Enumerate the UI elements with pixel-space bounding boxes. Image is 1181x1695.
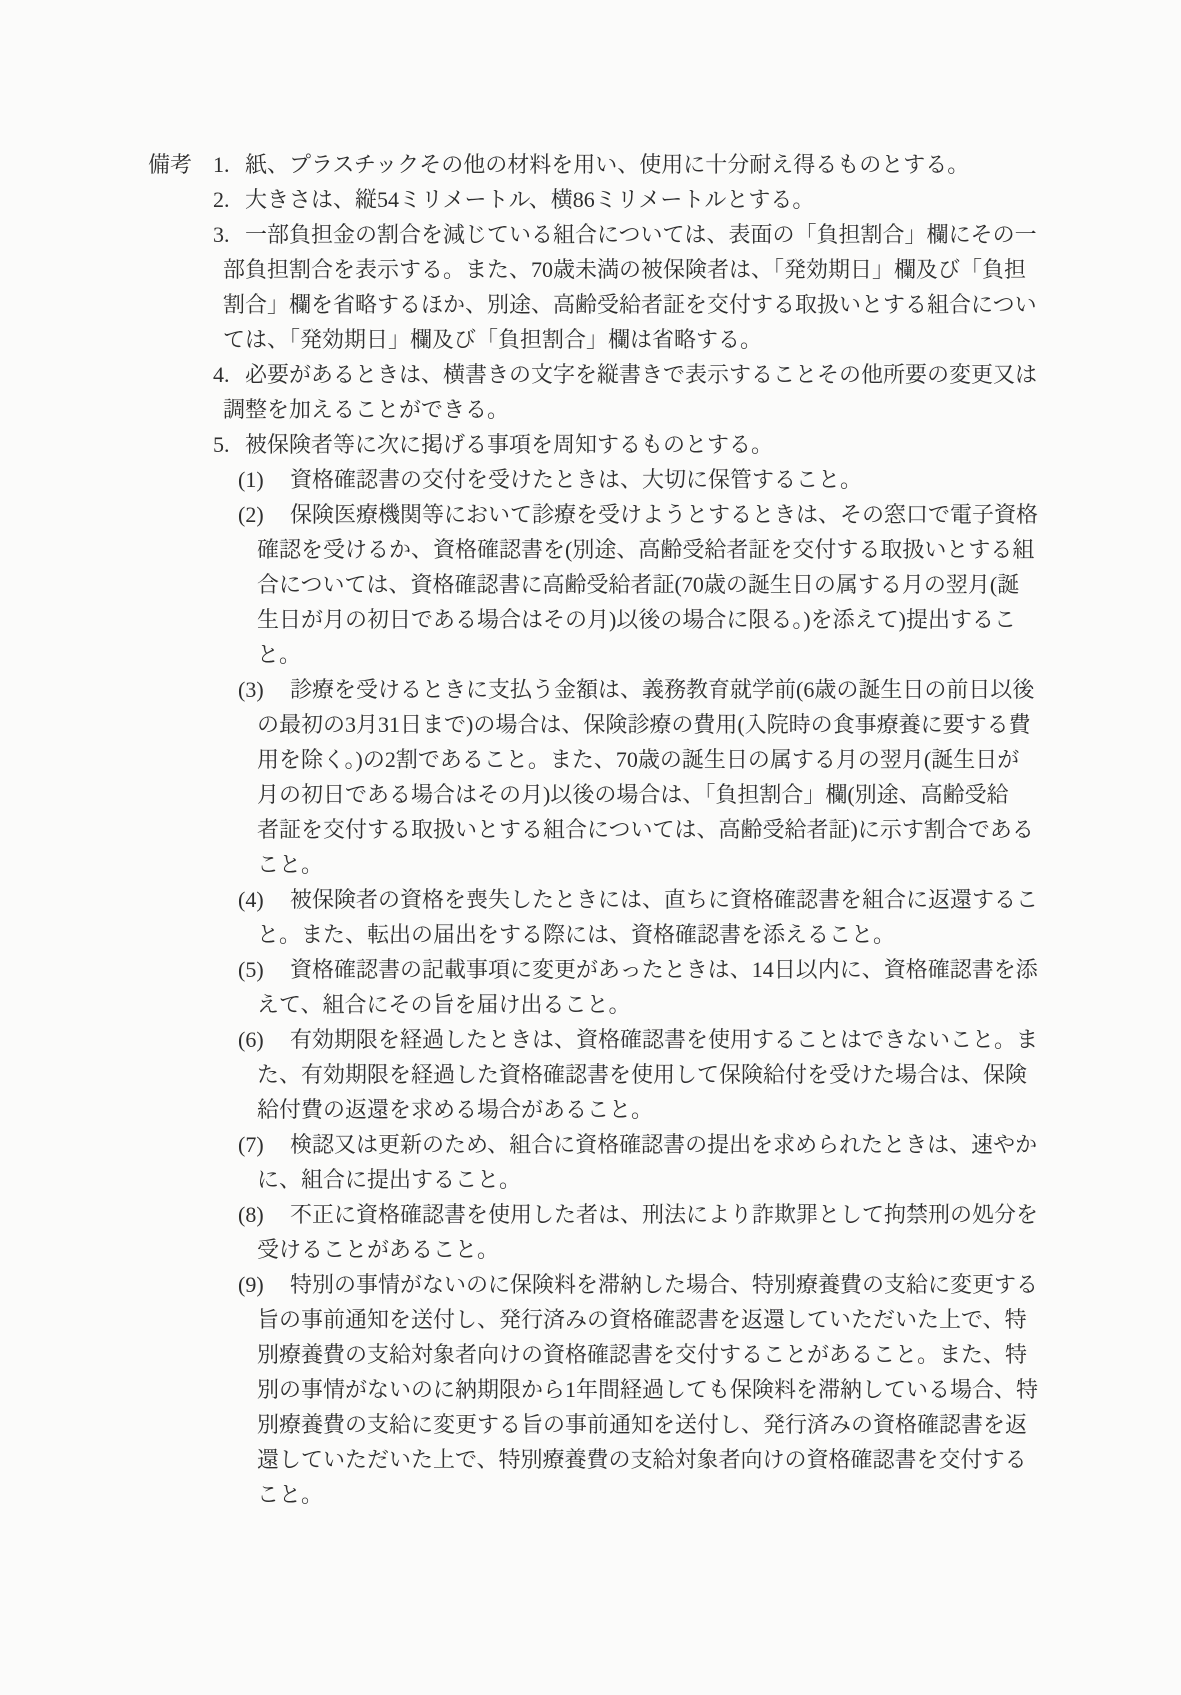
document-line-subitem-3-cont3: 月の初日である場合はその月)以後の場合は、「負担割合」欄(別途、高齢受給 xyxy=(257,777,1181,812)
document-line-item-3-cont3: ては、「発効期日」欄及び「負担割合」欄は省略する。 xyxy=(223,322,1181,357)
document-line-subitem-7: (7)検認又は更新のため、組合に資格確認書の提出を求められたときは、速やか xyxy=(238,1127,1181,1162)
document-line-subitem-3: (3)診療を受けるときに支払う金額は、義務教育就学前(6歳の誕生日の前日以後 xyxy=(238,672,1181,707)
document-line-item-3: 3.一部負担金の割合を減じている組合については、表面の「負担割合」欄にその一 xyxy=(213,217,1181,252)
document-line-subitem-8-cont1: 受けることがあること。 xyxy=(257,1232,1181,1267)
document-line-subitem-3-cont1: の最初の3月31日まで)の場合は、保険診療の費用(入院時の食事療養に要する費 xyxy=(257,707,1181,742)
item-marker: (4) xyxy=(238,882,290,917)
document-line-subitem-8: (8)不正に資格確認書を使用した者は、刑法により詐欺罪として拘禁刑の処分を xyxy=(238,1197,1181,1232)
item-marker: (9) xyxy=(238,1267,290,1302)
document-line-subitem-9-cont1: 旨の事前通知を送付し、発行済みの資格確認書を返還していただいた上で、特 xyxy=(257,1302,1181,1337)
item-marker: 5. xyxy=(213,427,245,462)
document-line-subitem-5: (5)資格確認書の記載事項に変更があったときは、14日以内に、資格確認書を添 xyxy=(238,952,1181,987)
document-line-subitem-9-cont2: 別療養費の支給対象者向けの資格確認書を交付することがあること。また、特 xyxy=(257,1337,1181,1372)
document-line-subitem-3-cont5: こと。 xyxy=(257,847,1181,882)
item-marker: 3. xyxy=(213,217,245,252)
item-marker: 4. xyxy=(213,357,245,392)
document-line-item-4-cont1: 調整を加えることができる。 xyxy=(223,392,1181,427)
document-line-subitem-6-cont2: 給付費の返還を求める場合があること。 xyxy=(257,1092,1181,1127)
document-line-subitem-7-cont1: に、組合に提出すること。 xyxy=(257,1162,1181,1197)
document-line-subitem-2-cont1: 確認を受けるか、資格確認書を(別途、高齢受給者証を交付する取扱いとする組 xyxy=(257,532,1181,567)
document-line-subitem-3-cont2: 用を除く。)の2割であること。また、70歳の誕生日の属する月の翌月(誕生日が xyxy=(257,742,1181,777)
document-line-item-2: 2.大きさは、縦54ミリメートル、横86ミリメートルとする。 xyxy=(213,182,1181,217)
item-marker: (6) xyxy=(238,1022,290,1057)
document-line-subitem-4-cont1: と。また、転出の届出をする際には、資格確認書を添えること。 xyxy=(257,917,1181,952)
document-line-subitem-4: (4)被保険者の資格を喪失したときには、直ちに資格確認書を組合に返還するこ xyxy=(238,882,1181,917)
document-line-subitem-9-cont3: 別の事情がないのに納期限から1年間経過しても保険料を滞納している場合、特 xyxy=(257,1372,1181,1407)
document-page: 備考 1.紙、プラスチックその他の材料を用い、使用に十分耐え得るものとする。2.… xyxy=(0,0,1181,1695)
document-line-subitem-9-cont6: こと。 xyxy=(257,1477,1181,1512)
document-line-item-1: 1.紙、プラスチックその他の材料を用い、使用に十分耐え得るものとする。 xyxy=(213,147,1181,182)
document-line-subitem-9-cont4: 別療養費の支給に変更する旨の事前通知を送付し、発行済みの資格確認書を返 xyxy=(257,1407,1181,1442)
item-marker: (8) xyxy=(238,1197,290,1232)
item-marker: 2. xyxy=(213,182,245,217)
document-body: 1.紙、プラスチックその他の材料を用い、使用に十分耐え得るものとする。2.大きさ… xyxy=(0,147,1181,1512)
document-line-subitem-6: (6)有効期限を経過したときは、資格確認書を使用することはできないこと。ま xyxy=(238,1022,1181,1057)
document-line-subitem-3-cont4: 者証を交付する取扱いとする組合については、高齢受給者証)に示す割合である xyxy=(257,812,1181,847)
document-line-subitem-9: (9)特別の事情がないのに保険料を滞納した場合、特別療養費の支給に変更する xyxy=(238,1267,1181,1302)
document-line-item-3-cont1: 部負担割合を表示する。また、70歳未満の被保険者は、「発効期日」欄及び「負担 xyxy=(223,252,1181,287)
item-marker: (7) xyxy=(238,1127,290,1162)
document-line-subitem-2-cont3: 生日が月の初日である場合はその月)以後の場合に限る。)を添えて)提出するこ xyxy=(257,602,1181,637)
document-line-item-3-cont2: 割合」欄を省略するほか、別途、高齢受給者証を交付する取扱いとする組合につい xyxy=(223,287,1181,322)
document-line-subitem-5-cont1: えて、組合にその旨を届け出ること。 xyxy=(257,987,1181,1022)
item-marker: (5) xyxy=(238,952,290,987)
document-line-subitem-2-cont2: 合については、資格確認書に高齢受給者証(70歳の誕生日の属する月の翌月(誕 xyxy=(257,567,1181,602)
item-marker: (1) xyxy=(238,462,290,497)
item-marker: (2) xyxy=(238,497,290,532)
document-line-subitem-6-cont1: た、有効期限を経過した資格確認書を使用して保険給付を受けた場合は、保険 xyxy=(257,1057,1181,1092)
item-marker: (3) xyxy=(238,672,290,707)
document-line-subitem-9-cont5: 還していただいた上で、特別療養費の支給対象者向けの資格確認書を交付する xyxy=(257,1442,1181,1477)
document-line-item-5: 5.被保険者等に次に掲げる事項を周知するものとする。 xyxy=(213,427,1181,462)
document-line-subitem-2: (2)保険医療機関等において診療を受けようとするときは、その窓口で電子資格 xyxy=(238,497,1181,532)
document-line-item-4: 4.必要があるときは、横書きの文字を縦書きで表示することその他所要の変更又は xyxy=(213,357,1181,392)
document-line-subitem-1: (1)資格確認書の交付を受けたときは、大切に保管すること。 xyxy=(238,462,1181,497)
document-line-subitem-2-cont4: と。 xyxy=(257,637,1181,672)
item-marker: 1. xyxy=(213,147,245,182)
